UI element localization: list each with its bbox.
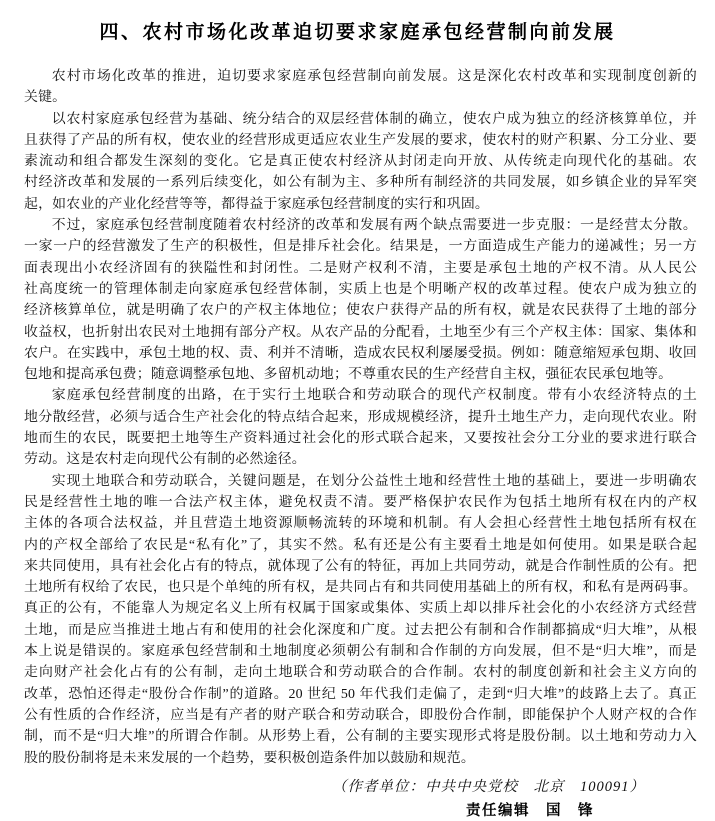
text-line: 改革，恐怕还得走“股份合作制”的道路。20 世纪 50 年代我们走偏了，走到“归… [24, 684, 697, 705]
text-line: 本上说是错误的。家庭承包经营制和土地制度必须朝公有制和合作制的方向发展，但不是“… [24, 641, 697, 662]
editor-credit: 责任编辑 国 锋 [0, 800, 715, 821]
text-line: 关键。 [24, 87, 697, 108]
text-line: 劳动。这是农村走向现代公有制的必然途径。 [24, 449, 697, 470]
text-line: 一家一户的经营激发了生产的积极性，但是排斥社会化。结果是，一方面造成生产能力的递… [24, 236, 697, 257]
text-line: 且获得了产品的所有权，使农业的经营形成更适应农业生产发展的要求，使农村的财产积累… [24, 130, 697, 151]
text-line: 农村市场化改革的推进，迫切要求家庭承包经营制向前发展。这是深化农村改革和实现制度… [24, 66, 697, 87]
text-line: 面表现出小农经济固有的狭隘性和封闭性。二是财产权利不清，主要是承包土地的产权不清… [24, 258, 697, 279]
text-line: 主体的各项合法权益，并且营造土地资源顺畅流转的环境和机制。有人会担心经营性土地包… [24, 513, 697, 534]
text-line: 地而生的农民，既要把土地等生产资料通过社会化的形式联合起来，又要按社会分工分业的… [24, 428, 697, 449]
paragraph: 农村市场化改革的推进，迫切要求家庭承包经营制向前发展。这是深化农村改革和实现制度… [24, 66, 697, 109]
text-line: 包地和提高承包费；随意调整承包地、多留机动地；不尊重农民的生产经营自主权，强征农… [24, 364, 697, 385]
text-line: 家庭承包经营制度的出路，在于实行土地联合和劳动联合的现代产权制度。带有小农经济特… [24, 385, 697, 406]
text-line: 走向财产社会化占有的公有制，走向土地联合和劳动联合的合作制。农村的制度创新和社会… [24, 662, 697, 683]
paragraph: 不过，家庭承包经营制度随着农村经济的改革和发展有两个缺点需要进一步克服：一是经营… [24, 215, 697, 385]
text-line: 土地，而是应当推进土地占有和使用的社会化深度和广度。过去把公有制和合作制都搞成“… [24, 620, 697, 641]
text-line: 村经济改革和发展的一系列后续变化，如公有制为主、多种所有制经济的共同发展，如乡镇… [24, 172, 697, 193]
article-body: 农村市场化改革的推进，迫切要求家庭承包经营制向前发展。这是深化农村改革和实现制度… [0, 66, 715, 769]
text-line: 社高度统一的管理体制走向家庭承包经营体制，实质上也是个明晰产权的改革过程。使农户… [24, 279, 697, 300]
paragraph: 家庭承包经营制度的出路，在于实行土地联合和劳动联合的现代产权制度。带有小农经济特… [24, 385, 697, 470]
text-line: 真正的公有，不能靠人为规定名义上所有权属于国家或集体、实质上却以排斥社会化的小农… [24, 598, 697, 619]
text-line: 来共同使用，具有社会化占有的特点，就体现了公有的特征，再加上共同劳动，就是合作制… [24, 556, 697, 577]
text-line: 收益权，也折射出农民对土地拥有部分产权。从农产品的分配看，土地至少有三个产权主体… [24, 322, 697, 343]
text-line: 民是经营性土地的唯一合法产权主体，避免权责不清。要严格保护农民作为包括土地所有权… [24, 492, 697, 513]
text-line: 股的股份制将是未来发展的一个趋势，要积极创造条件加以鼓励和规范。 [24, 748, 697, 769]
paragraph: 以农村家庭承包经营为基础、统分结合的双层经营体制的确立，使农户成为独立的经济核算… [24, 109, 697, 215]
text-line: 农户。在实践中，承包土地的权、责、利并不清晰，造成农民权利屡屡受损。例如：随意缩… [24, 343, 697, 364]
text-line: 土地所有权给了农民，也只是个单纯的所有权，是共同占有和共同使用基础上的所有权，和… [24, 577, 697, 598]
text-line: 经济核算单位，就是明确了农户的产权主体地位；使农户获得产品的所有权，就是农民获得… [24, 300, 697, 321]
text-line: 实现土地联合和劳动联合，关键问题是，在划分公益性土地和经营性土地的基础上，要进一… [24, 471, 697, 492]
article-title: 四、农村市场化改革迫切要求家庭承包经营制向前发展 [0, 0, 715, 44]
text-line: 制，而不是“归大堆”的所谓合作制。从形势上看，公有制的主要实现形式将是股份制。以… [24, 726, 697, 747]
text-line: 公有性质的合作经济，应当是有产者的财产联合和劳动联合，即股份合作制，即能保护个人… [24, 705, 697, 726]
paragraph: 实现土地联合和劳动联合，关键问题是，在划分公益性土地和经营性土地的基础上，要进一… [24, 471, 697, 769]
text-line: 起，如农业的产业化经营等等，都得益于家庭承包经营制度的实行和巩固。 [24, 194, 697, 215]
text-line: 地分散经营，必须与适合生产社会化的特点结合起来，形成规模经济，提升土地生产力，走… [24, 407, 697, 428]
document-page: 四、农村市场化改革迫切要求家庭承包经营制向前发展 农村市场化改革的推进，迫切要求… [0, 0, 715, 821]
text-line: 不过，家庭承包经营制度随着农村经济的改革和发展有两个缺点需要进一步克服：一是经营… [24, 215, 697, 236]
author-affiliation: （作者单位：中共中央党校 北京 100091） [0, 776, 715, 798]
text-line: 以农村家庭承包经营为基础、统分结合的双层经营体制的确立，使农户成为独立的经济核算… [24, 109, 697, 130]
text-line: 素流动和组合都发生深刻的变化。它是真正使农村经济从封闭走向开放、从传统走向现代化… [24, 151, 697, 172]
text-line: 内的产权全部给了农民是“私有化”了，其实不然。私有还是公有主要看土地是如何使用。… [24, 535, 697, 556]
